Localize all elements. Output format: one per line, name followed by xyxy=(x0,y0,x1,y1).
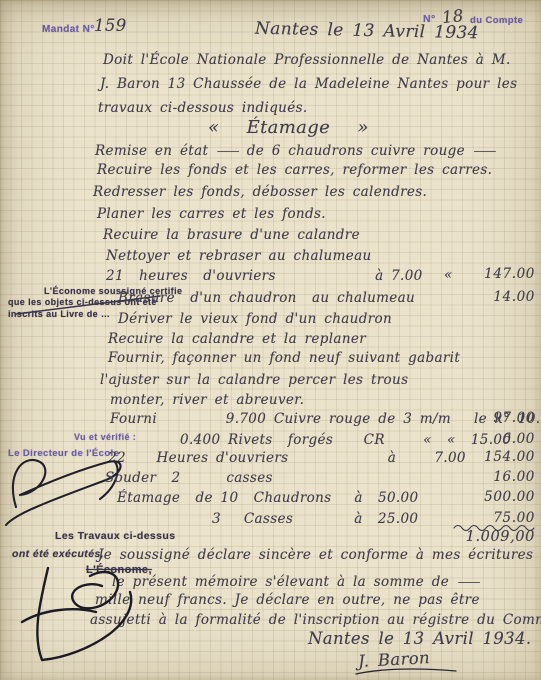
intro-line-2: J. Baron 13 Chaussée de la Madeleine Nan… xyxy=(100,76,517,92)
mandat-stamp: Mandat N° xyxy=(42,24,95,35)
baron-signature-flourish xyxy=(352,666,462,678)
work-line: Recuire les fonds et les carres, reforme… xyxy=(97,162,492,178)
billing-amount: 500.00 xyxy=(438,489,535,505)
billing-label: 22 Heures d'ouvriers à 7.00 xyxy=(108,450,466,466)
header-date: Nantes le 13 Avril 1934 xyxy=(255,19,479,44)
billing-amount: 16.00 xyxy=(438,469,535,485)
vu-verifie-stamp: Vu et vérifié : xyxy=(74,432,136,442)
work-line: Recuire la brasure d'une calandre xyxy=(103,227,360,243)
billing-label: Étamage de 10 Chaudrons à 50.00 xyxy=(117,490,418,506)
billing-label: Brasure d'un chaudron au chalumeau xyxy=(118,290,415,306)
travaux-stamp-line1: Les Travaux ci-dessus xyxy=(55,530,175,542)
closing-line-1: Je soussigné déclare sincère et conforme… xyxy=(98,547,533,563)
work-line: Remise en état ⸺ de 6 chaudrons cuivre r… xyxy=(95,139,496,159)
billing-amount: 14.00 xyxy=(438,289,535,305)
billing-amount: 154.00 xyxy=(438,449,535,465)
work-line: Nettoyer et rebraser au chalumeau xyxy=(106,248,372,264)
travaux-stamp-line2: ont été exécutés, xyxy=(12,548,104,560)
billing-amount: 147.00 xyxy=(438,266,535,282)
mandat-number-handwritten: 159 xyxy=(94,16,127,35)
directeur-signature xyxy=(0,447,146,527)
econome-signature xyxy=(12,562,172,672)
work-line: l'ajuster sur la calandre percer les tro… xyxy=(100,372,408,388)
work-line: Planer les carres et les fonds. xyxy=(97,206,326,222)
work-line: Dériver le vieux fond d'un chaudron xyxy=(118,311,392,327)
intro-line-3: travaux ci-dessous indiqués. xyxy=(98,100,308,116)
work-line: Fournir, façonner un fond neuf suivant g… xyxy=(108,350,460,366)
total-amount: 1.009,00 xyxy=(438,529,535,545)
billing-label: 21 heures d'ouvriers à 7.00 xyxy=(106,268,423,284)
billing-label: 3 Casses à 25.00 xyxy=(212,511,418,527)
closing-date: Nantes le 13 Avril 1934. xyxy=(308,629,531,648)
work-line: monter, river et abreuver. xyxy=(110,392,304,408)
work-line: Redresser les fonds, débosser les calend… xyxy=(93,184,427,200)
billing-amount: 97.00 xyxy=(438,410,535,426)
work-line: Recuire la calandre et la replaner xyxy=(108,331,366,347)
intro-line-1: Doit l'École Nationale Professionnelle d… xyxy=(103,52,511,68)
section-title-etamage: « Étamage » xyxy=(208,117,369,138)
billing-amount: 6.00 xyxy=(438,431,535,447)
billing-label: Souder 2 casses xyxy=(105,470,273,486)
invoice-document: Mandat N° 159 N° 18 du Compte Nantes le … xyxy=(0,0,541,680)
